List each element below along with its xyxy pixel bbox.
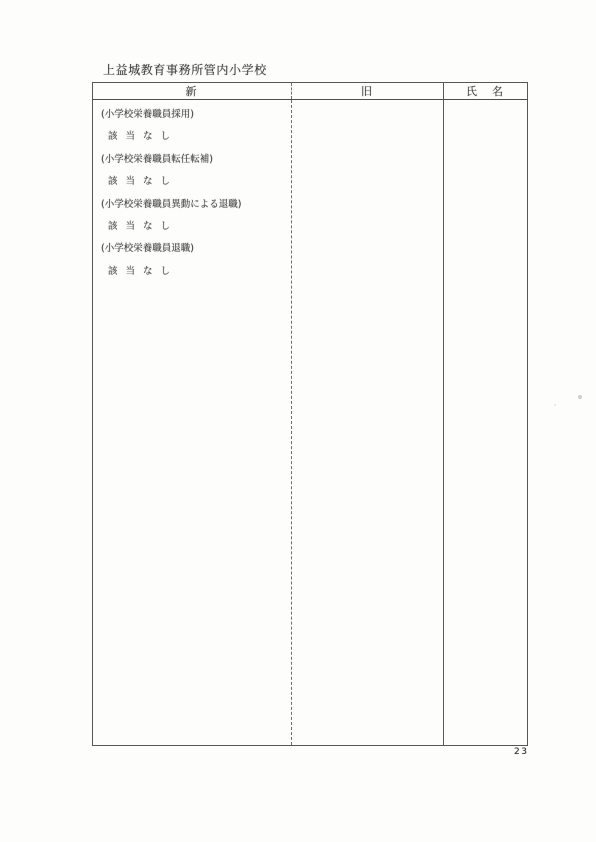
column-header-old: 旧: [292, 83, 444, 99]
entry-line: 該 当 な し: [101, 216, 287, 238]
entry-line: 該 当 な し: [101, 126, 287, 148]
entry-line: 該 当 な し: [101, 261, 287, 283]
column-body-old: [292, 100, 444, 745]
entry-line: 該 当 な し: [101, 171, 287, 193]
category-line: (小学校栄養職員退職): [101, 238, 287, 260]
category-line: (小学校栄養職員採用): [101, 104, 287, 126]
category-line: (小学校栄養職員異動による退職): [101, 194, 287, 216]
document-page: 上益城教育事務所管内小学校 新 旧 氏 名 (小学校栄養職員採用) 該 当 な …: [0, 0, 596, 842]
scan-speck: [554, 404, 556, 406]
category-line: (小学校栄養職員転任転補): [101, 149, 287, 171]
column-body-new: (小学校栄養職員採用) 該 当 な し (小学校栄養職員転任転補) 該 当 な …: [93, 100, 292, 745]
table-header-row: 新 旧 氏 名: [93, 83, 527, 100]
scan-speck: [578, 395, 582, 399]
column-body-name: [444, 100, 527, 745]
column-header-new: 新: [93, 83, 292, 99]
personnel-table: 新 旧 氏 名 (小学校栄養職員採用) 該 当 な し (小学校栄養職員転任転補…: [92, 82, 528, 746]
column-header-name: 氏 名: [444, 83, 527, 99]
table-body-row: (小学校栄養職員採用) 該 当 な し (小学校栄養職員転任転補) 該 当 な …: [93, 100, 527, 745]
page-number: 23: [514, 747, 528, 757]
document-title: 上益城教育事務所管内小学校: [103, 61, 267, 78]
